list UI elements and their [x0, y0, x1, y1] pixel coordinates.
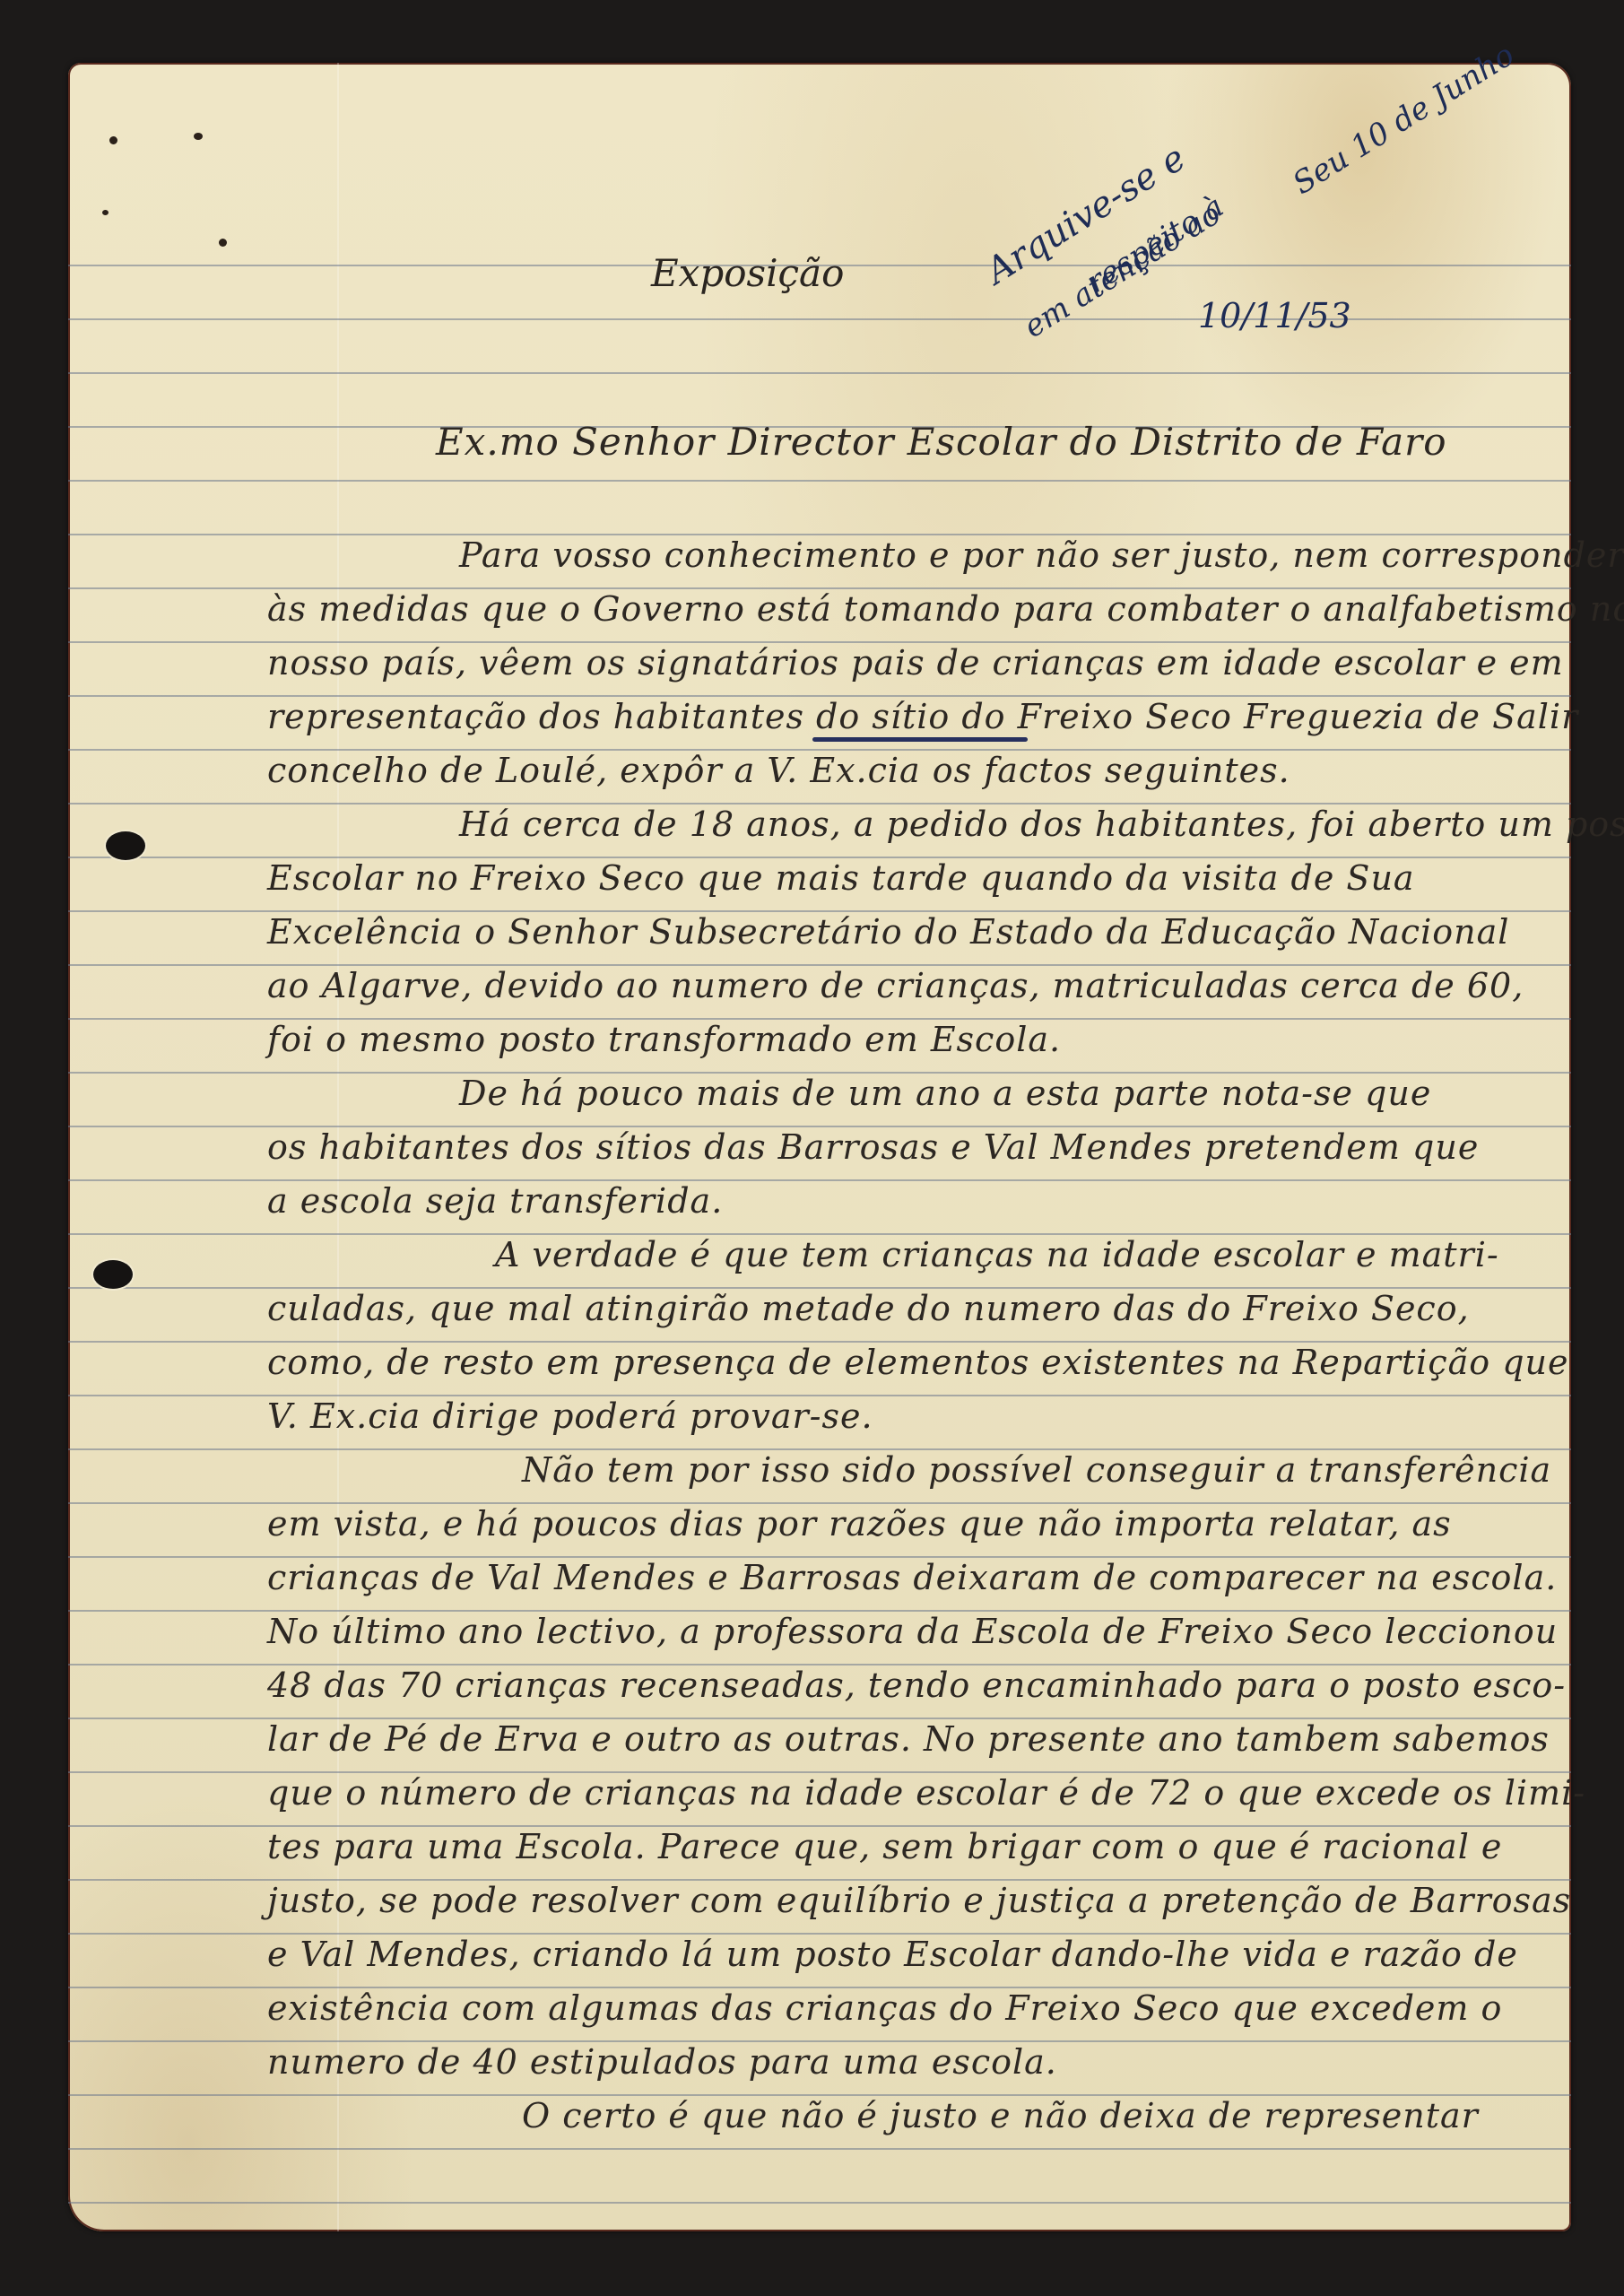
body-line: em vista, e há poucos dias por razões qu…	[267, 1507, 1452, 1541]
paper-sheet: Exposição Arquive-se e em atenção ao res…	[68, 63, 1571, 2231]
body-line: que o número de crianças na idade escola…	[267, 1776, 1585, 1810]
body-line: crianças de Val Mendes e Barrosas deixar…	[267, 1561, 1557, 1595]
body-line: Escolar no Freixo Seco que mais tarde qu…	[267, 861, 1415, 895]
body-line: lar de Pé de Erva e outro as outras. No …	[267, 1722, 1550, 1756]
body-line: e Val Mendes, criando lá um posto Escola…	[267, 1937, 1518, 1971]
body-line: tes para uma Escola. Parece que, sem bri…	[267, 1830, 1502, 1864]
body-line: existência com algumas das crianças do F…	[267, 1991, 1502, 2025]
punch-hole-upper	[106, 831, 145, 860]
body-line: nosso país, vêem os signatários pais de …	[267, 646, 1564, 680]
salutation: Ex.mo Senhor Director Escolar do Distrit…	[436, 423, 1447, 461]
body-line: Excelência o Senhor Subsecretário do Est…	[267, 915, 1509, 949]
freixo-seco-underline	[812, 737, 1028, 742]
body-line: culadas, que mal atingirão metade do num…	[267, 1291, 1470, 1326]
body-line: foi o mesmo posto transformado em Escola…	[267, 1022, 1061, 1057]
ruled-line	[68, 480, 1571, 482]
body-line: Há cerca de 18 anos, a pedido dos habita…	[459, 807, 1624, 841]
punch-hole-lower	[93, 1260, 133, 1289]
body-line: numero de 40 estipulados para uma escola…	[267, 2045, 1057, 2079]
document-title: Exposição	[651, 251, 844, 295]
body-line: representação dos habitantes do sítio do…	[267, 700, 1578, 734]
body-line: 48 das 70 crianças recenseadas, tendo en…	[267, 1668, 1566, 1702]
body-line: Não tem por isso sido possível conseguir…	[522, 1453, 1551, 1487]
body-line: os habitantes dos sítios das Barrosas e …	[267, 1130, 1479, 1164]
ruled-line	[68, 372, 1571, 374]
body-line: Para vosso conhecimento e por não ser ju…	[459, 538, 1624, 572]
body-line: No último ano lectivo, a professora da E…	[267, 1614, 1558, 1648]
paper-speck	[102, 210, 109, 215]
body-line: às medidas que o Governo está tomando pa…	[267, 592, 1624, 626]
body-line: De há pouco mais de um ano a esta parte …	[459, 1076, 1431, 1110]
paper-speck	[219, 239, 227, 247]
body-line: A verdade é que tem crianças na idade es…	[495, 1238, 1499, 1272]
body-line: ao Algarve, devido ao numero de crianças…	[267, 969, 1524, 1003]
body-line: como, de resto em presença de elementos …	[267, 1345, 1569, 1379]
body-line: a escola seja transferida.	[267, 1184, 723, 1218]
annotation-line: Seu 10 de Junho	[1287, 37, 1521, 202]
body-line: V. Ex.cia dirige poderá provar-se.	[267, 1399, 873, 1433]
paper-speck	[194, 133, 203, 140]
annotation-date: 10/11/53	[1198, 296, 1351, 335]
ruled-line	[68, 2148, 1571, 2150]
ruled-line	[68, 2202, 1571, 2204]
body-line: O certo é que não é justo e não deixa de…	[522, 2099, 1479, 2133]
paper-speck	[109, 136, 117, 144]
body-line: concelho de Loulé, expôr a V. Ex.cia os …	[267, 753, 1290, 787]
body-line: justo, se pode resolver com equilíbrio e…	[267, 1883, 1571, 1918]
